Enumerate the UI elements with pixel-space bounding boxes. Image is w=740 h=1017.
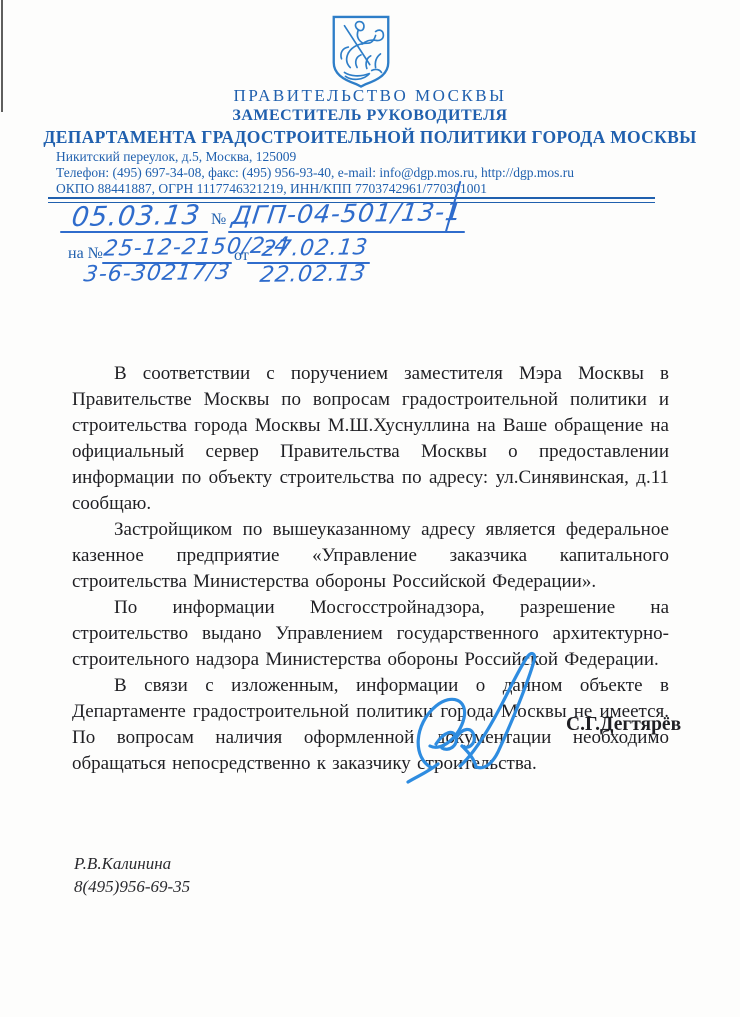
- scanned-letter-page: ПРАВИТЕЛЬСТВО МОСКВЫ ЗАМЕСТИТЕЛЬ РУКОВОД…: [0, 0, 740, 1017]
- handwritten-signature-icon: [388, 640, 558, 790]
- letterhead-department: ДЕПАРТАМЕНТА ГРАДОСТРОИТЕЛЬНОЙ ПОЛИТИКИ …: [0, 127, 740, 148]
- letterhead-contacts: Телефон: (495) 697-34-08, факс: (495) 95…: [56, 165, 574, 181]
- handwritten-incoming-number-2: 3-6-30217/3: [82, 260, 232, 288]
- body-paragraph: В соответствии с поручением заместителя …: [72, 361, 669, 517]
- handwritten-incoming-date: 27.02.13: [260, 235, 369, 262]
- executor-block: Р.В.Калинина 8(495)956-69-35: [74, 852, 190, 898]
- letterhead-address: Никитский переулок, д.5, Москва, 125009: [56, 149, 296, 165]
- moscow-coat-of-arms-icon: [330, 14, 392, 88]
- body-paragraph: Застройщиком по вышеуказанному адресу яв…: [72, 517, 669, 595]
- handwritten-incoming-date-2: 22.02.13: [258, 261, 367, 288]
- letterhead-government: ПРАВИТЕЛЬСТВО МОСКВЫ: [0, 86, 740, 106]
- executor-name: Р.В.Калинина: [74, 852, 190, 875]
- handwritten-outgoing-date: 05.03.13: [70, 200, 202, 233]
- number-underline: [228, 231, 465, 233]
- executor-phone: 8(495)956-69-35: [74, 875, 190, 898]
- handwritten-outgoing-number: ДГП-04-501/13-1: [230, 197, 464, 230]
- letterhead-registration: ОКПО 88441887, ОГРН 1117746321219, ИНН/К…: [56, 181, 487, 197]
- from-label: от: [234, 247, 249, 265]
- body-paragraph: По информации Мосгосстройнадзора, разреш…: [72, 595, 669, 673]
- number-sign-label: №: [211, 211, 226, 229]
- letterhead-position: ЗАМЕСТИТЕЛЬ РУКОВОДИТЕЛЯ: [0, 107, 740, 125]
- incoming-number-label: на №: [68, 245, 103, 263]
- signatory-name: С.Г.Дегтярёв: [566, 714, 681, 736]
